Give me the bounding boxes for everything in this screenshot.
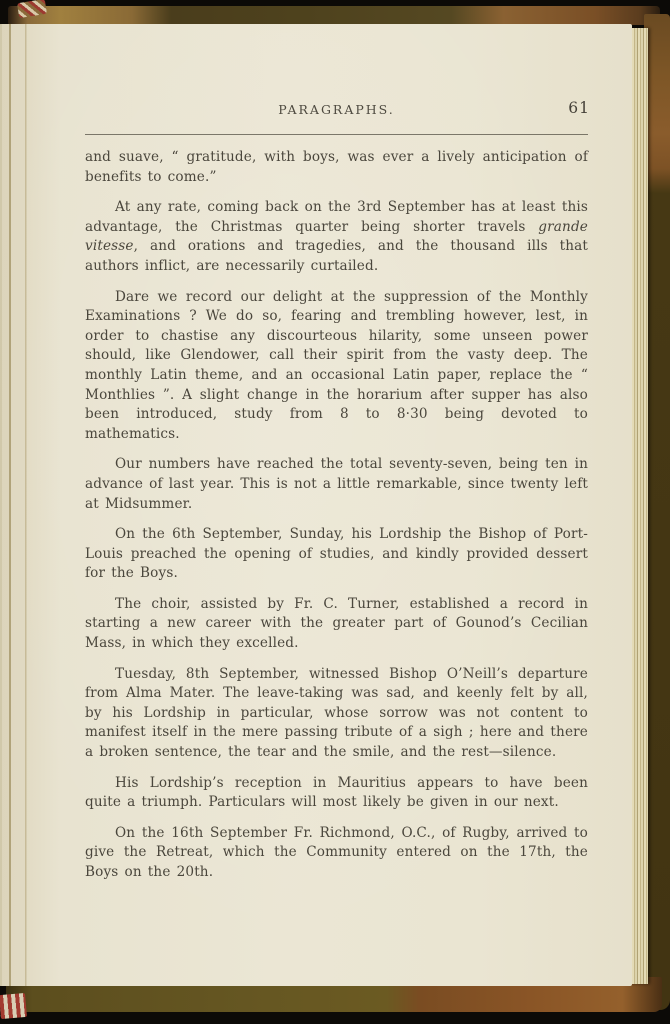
paragraph: At any rate, coming back on the 3rd Sept… [85,198,588,276]
text-segment: The choir, assisted by Fr. C. Turner, es… [85,596,588,651]
gutter-shadow [0,24,34,986]
page-header: PARAGRAPHS. 61 [85,102,588,120]
text-segment: On the 16th September Fr. Richmond, O.C.… [85,825,588,880]
paragraph: His Lordship’s reception in Mauritius ap… [85,774,588,813]
text-segment: Dare we record our delight at the suppre… [85,289,588,442]
text-segment: Our numbers have reached the total seven… [85,456,588,511]
paragraph: Dare we record our delight at the suppre… [85,288,588,445]
page-text: and suave, “ gratitude, with boys, was e… [85,148,588,883]
paragraph: On the 6th September, Sunday, his Lordsh… [85,525,588,584]
header-rule [85,134,588,135]
book-cover-top-edge [8,6,660,25]
page-number: 61 [568,99,590,117]
text-segment: , and orations and tragedies, and the th… [85,238,588,274]
text-segment: On the 6th September, Sunday, his Lordsh… [85,526,588,581]
page-content: PARAGRAPHS. 61 and suave, “ gratitude, w… [85,102,588,894]
text-segment: Tuesday, 8th September, witnessed Bishop… [85,666,588,760]
text-segment: His Lordship’s reception in Mauritius ap… [85,775,588,811]
paragraph: and suave, “ gratitude, with boys, was e… [85,148,588,187]
text-segment: and suave, “ gratitude, with boys, was e… [85,149,588,185]
paragraph: Our numbers have reached the total seven… [85,455,588,514]
paragraph: The choir, assisted by Fr. C. Turner, es… [85,595,588,654]
book-page: PARAGRAPHS. 61 and suave, “ gratitude, w… [0,24,632,986]
paragraph: Tuesday, 8th September, witnessed Bishop… [85,665,588,763]
book-headband [0,993,27,1019]
running-header: PARAGRAPHS. [85,102,588,117]
paragraph: On the 16th September Fr. Richmond, O.C.… [85,824,588,883]
text-segment: At any rate, coming back on the 3rd Sept… [85,199,588,235]
